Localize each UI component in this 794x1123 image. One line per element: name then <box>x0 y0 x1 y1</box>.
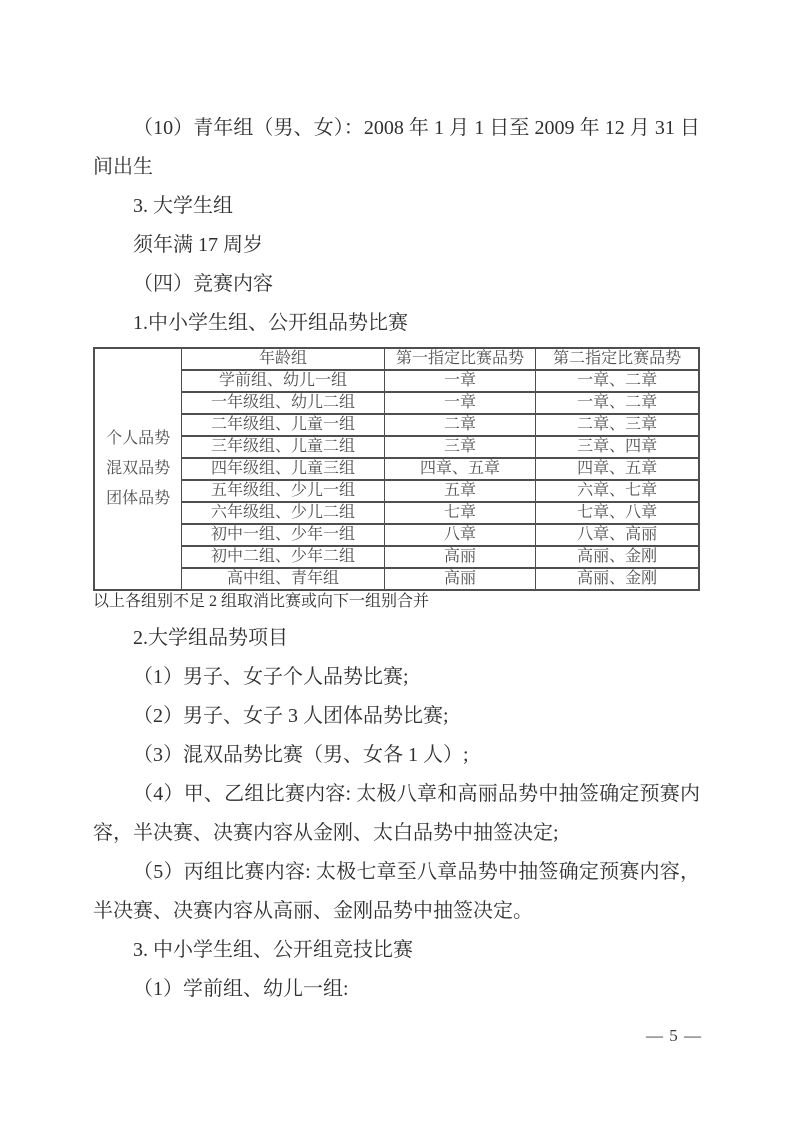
table-cell: 三年级组、儿童二组 <box>182 436 385 458</box>
table-header-row: 个人品势 混双品势 团体品势 年龄组 第一指定比赛品势 第二指定比赛品势 <box>94 348 699 370</box>
table-cell: 学前组、幼儿一组 <box>182 370 385 392</box>
table-cell: 一年级组、幼儿二组 <box>182 392 385 414</box>
paragraph-3-university-group: 3. 大学生组 <box>93 187 700 226</box>
table-cell: 四章、五章 <box>384 458 535 480</box>
table-cell: 一章 <box>384 370 535 392</box>
table-cell: 初中一组、少年一组 <box>182 524 385 546</box>
paragraph-item10-youth-group: （10）青年组（男、女）：2008 年 1 月 1 日至 2009 年 12 月… <box>93 109 700 187</box>
table-cell: 八章 <box>384 524 535 546</box>
table-cell: 二年级组、儿童一组 <box>182 414 385 436</box>
span-line-individual-poomsae: 个人品势 <box>97 424 179 454</box>
document-page: （10）青年组（男、女）：2008 年 1 月 1 日至 2009 年 12 月… <box>0 0 794 1123</box>
table-cell: 六年级组、少儿二组 <box>182 502 385 524</box>
table-cell: 五章 <box>384 480 535 502</box>
paragraph-item-3: （3）混双品势比赛（男、女各 1 人）; <box>93 736 700 775</box>
table-cell: 二章 <box>384 414 535 436</box>
table-cell: 三章、四章 <box>536 436 699 458</box>
heading-1-poomsae-competition: 1.中小学生组、公开组品势比赛 <box>93 304 700 343</box>
table-footnote: 以上各组别不足 2 组取消比赛或向下一组别合并 <box>93 591 700 613</box>
table-row: 高中组、青年组 高丽 高丽、金刚 <box>94 568 699 590</box>
heading-2-university-poomsae: 2.大学组品势项目 <box>93 619 700 658</box>
table-cell: 高丽、金刚 <box>536 568 699 590</box>
table-row: 一年级组、幼儿二组 一章 一章、二章 <box>94 392 699 414</box>
table-cell: 高丽 <box>384 568 535 590</box>
table-row: 学前组、幼儿一组 一章 一章、二章 <box>94 370 699 392</box>
table-cell: 高中组、青年组 <box>182 568 385 590</box>
span-line-mixed-pair-poomsae: 混双品势 <box>97 454 179 484</box>
table-cell: 一章、二章 <box>536 370 699 392</box>
table-header-first-designated: 第一指定比赛品势 <box>384 348 535 370</box>
table-cell: 七章、八章 <box>536 502 699 524</box>
table-cell: 七章 <box>384 502 535 524</box>
table-cell: 二章、三章 <box>536 414 699 436</box>
table-cell: 三章 <box>384 436 535 458</box>
table-row: 六年级组、少儿二组 七章 七章、八章 <box>94 502 699 524</box>
table-header-age-group: 年龄组 <box>182 348 385 370</box>
paragraph-item-5: （5）丙组比赛内容: 太极七章至八章品势中抽签确定预赛内容，半决赛、决赛内容从高… <box>93 853 700 931</box>
table-cell: 一章、二章 <box>536 392 699 414</box>
span-line-team-poomsae: 团体品势 <box>97 484 179 514</box>
table-cell: 五年级组、少儿一组 <box>182 480 385 502</box>
table-row: 初中一组、少年一组 八章 八章、高丽 <box>94 524 699 546</box>
table-cell: 初中二组、少年二组 <box>182 546 385 568</box>
table-row: 二年级组、儿童一组 二章 二章、三章 <box>94 414 699 436</box>
table-cell: 高丽、金刚 <box>536 546 699 568</box>
table-cell: 八章、高丽 <box>536 524 699 546</box>
paragraph-sparring-item-1: （1）学前组、幼儿一组: <box>93 970 700 1009</box>
paragraph-item-1: （1）男子、女子个人品势比赛; <box>93 658 700 697</box>
table-row: 三年级组、儿童二组 三章 三章、四章 <box>94 436 699 458</box>
table-cell: 六章、七章 <box>536 480 699 502</box>
page-number: — 5 — <box>646 1026 702 1046</box>
table-row: 四年级组、儿童三组 四章、五章 四章、五章 <box>94 458 699 480</box>
table-cell: 四章、五章 <box>536 458 699 480</box>
table-span-cell-event-types: 个人品势 混双品势 团体品势 <box>94 348 182 590</box>
age-group-poomsae-table: 个人品势 混双品势 团体品势 年龄组 第一指定比赛品势 第二指定比赛品势 学前组… <box>93 347 700 591</box>
paragraph-item-4: （4）甲、乙组比赛内容: 太极八章和高丽品势中抽签确定预赛内容，半决赛、决赛内容… <box>93 775 700 853</box>
paragraph-age-requirement: 须年满 17 周岁 <box>93 226 700 265</box>
table-cell: 高丽 <box>384 546 535 568</box>
heading-3-sparring-competition: 3. 中小学生组、公开组竞技比赛 <box>93 931 700 970</box>
table-cell: 一章 <box>384 392 535 414</box>
table-header-second-designated: 第二指定比赛品势 <box>536 348 699 370</box>
table-row: 五年级组、少儿一组 五章 六章、七章 <box>94 480 699 502</box>
table-cell: 四年级组、儿童三组 <box>182 458 385 480</box>
paragraph-item-2: （2）男子、女子 3 人团体品势比赛; <box>93 697 700 736</box>
document-content: （10）青年组（男、女）：2008 年 1 月 1 日至 2009 年 12 月… <box>93 109 700 1009</box>
table-row: 初中二组、少年二组 高丽 高丽、金刚 <box>94 546 699 568</box>
heading-section-four: （四）竞赛内容 <box>93 265 700 304</box>
